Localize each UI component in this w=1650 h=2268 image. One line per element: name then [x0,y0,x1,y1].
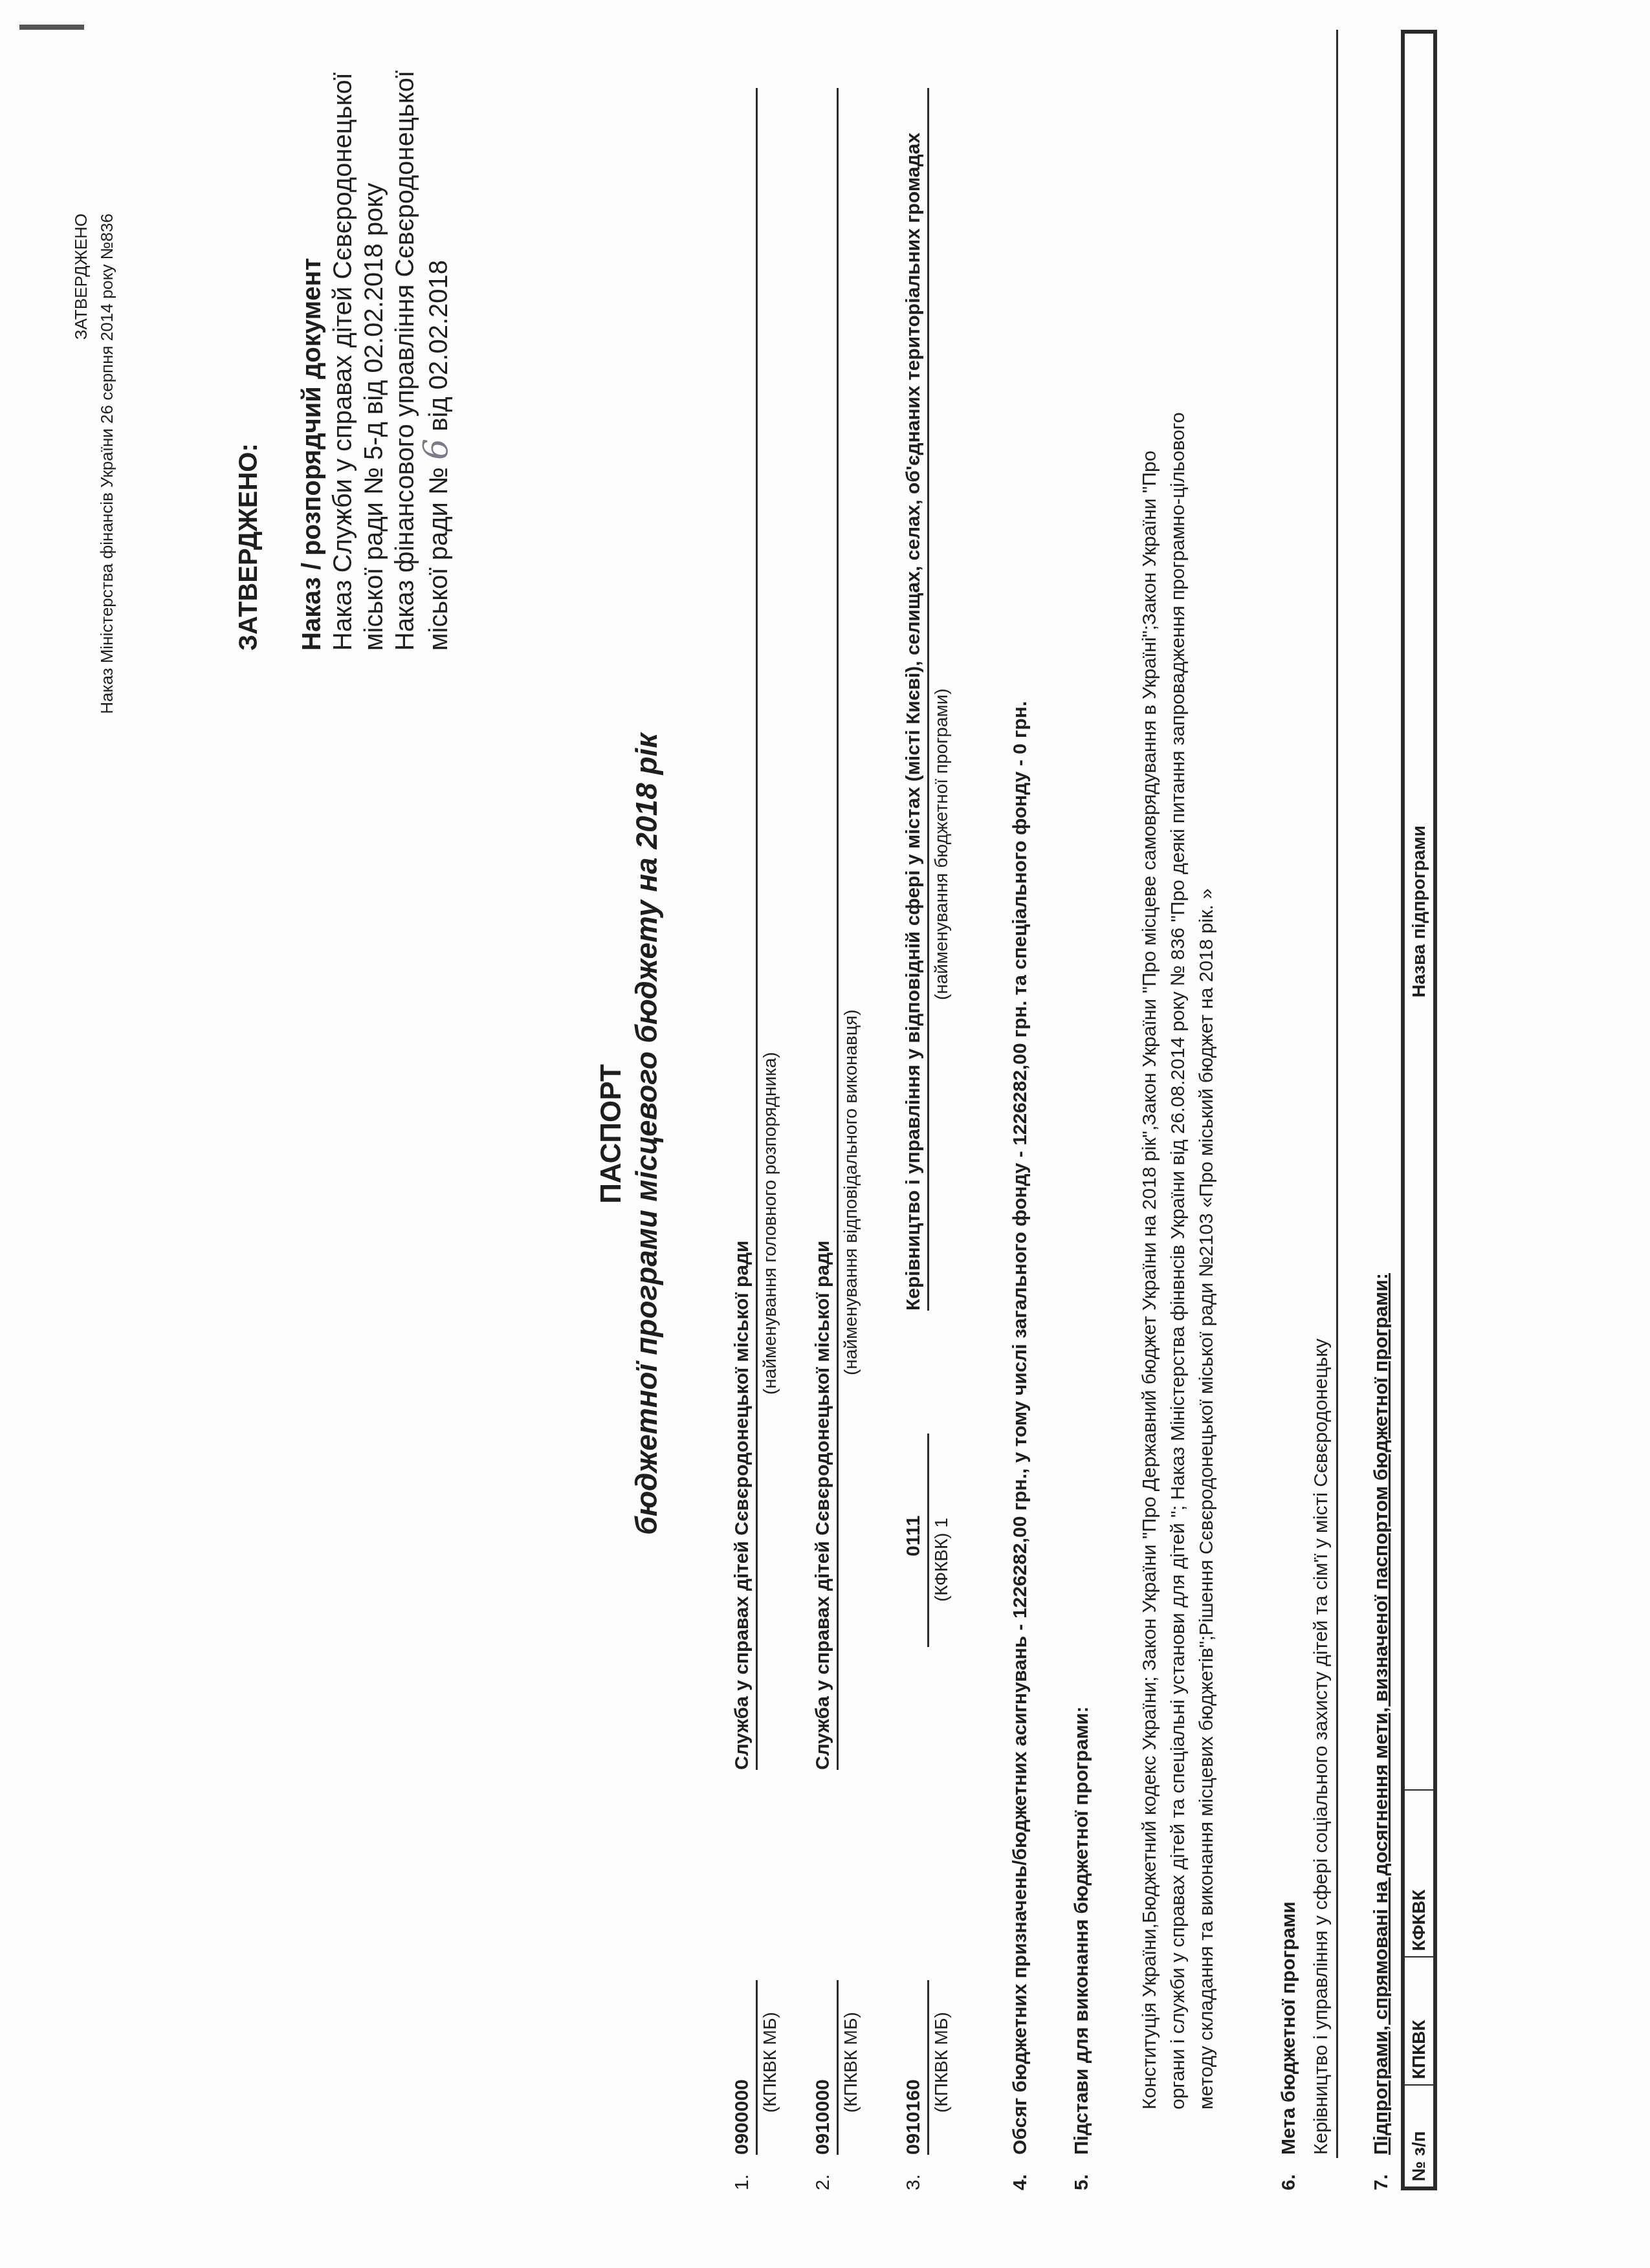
item-number: 1. [731,2174,753,2190]
kfkvk-code: 0111 [903,1516,925,1556]
budget-amount-text: Обсяг бюджетних призначень/бюджетних аси… [1009,701,1031,2155]
column-header: КПКВК [1403,1957,1435,2085]
scan-edge-mark [19,25,84,30]
approval-block: ЗАТВЕРДЖЕНО: Наказ / розпорядчий докумен… [233,71,454,651]
order-line: міської ради № 6 від 02.02.2018 [421,71,454,651]
program-name: Керівництво і управління у відповідній с… [903,133,925,1311]
kpkvk-code: 0900000 [731,2079,753,2155]
kfkvk-caption: (КФКВК) 1 [931,1518,952,1602]
main-manager-name: Служба у справах дітей Сєвєродонецької м… [731,1241,753,1770]
main-manager-caption: (найменування головного розпорядника) [760,1052,780,1395]
column-header: № з/п [1403,2085,1435,2188]
page-title: ПАСПОРТ [595,0,628,2268]
executor-name: Служба у справах дітей Сєвєродонецької м… [812,1241,834,1770]
handwritten-number: 6 [417,439,456,460]
subprograms-label: Підпрограми, спрямовані на досягнення ме… [1370,1273,1392,2155]
kpkvk-code: 0910000 [812,2079,834,2155]
item-number: 7. [1370,2174,1392,2190]
order-line: Наказ Служби у справах дітей Сєвєродонец… [327,71,358,651]
kpkvk-code: 0910160 [903,2079,925,2155]
order-label: Наказ / розпорядчий документ [296,71,327,651]
item-number: 4. [1009,2174,1031,2190]
column-header: Назва підпрограми [1403,32,1435,1790]
order-line: Наказ фінансового управління Сєвєродонец… [390,71,421,651]
program-goal-text: Керівництво і управління у сфері соціаль… [1310,1338,1332,2155]
subprograms-table: № з/п КПКВК КФКВК Назва підпрограми [1401,30,1437,2190]
program-goal-label: Мета бюджетної програми [1278,1901,1300,2155]
executor-caption: (найменування відповідального виконавця) [841,1010,861,1375]
kpkvk-caption: (КПКВК МБ) [841,2012,861,2113]
order-line: міської ради № 5-д від 02.02.2018 року [358,71,390,651]
program-caption: (найменування бюджетної програми) [931,688,952,1000]
kpkvk-caption: (КПКВК МБ) [760,2012,780,2113]
page-subtitle: бюджетної програми місцевого бюджету на … [629,0,664,2268]
column-header: КФКВК [1403,1790,1435,1957]
item-number: 6. [1278,2174,1300,2190]
legal-basis-label: Підстави для виконання бюджетної програм… [1071,1706,1093,2155]
approved-corner-label: ЗАТВЕРДЖЕНО [71,213,91,340]
ministry-order-note: Наказ Міністерства фінансів України 26 с… [97,213,117,714]
item-number: 2. [812,2174,834,2190]
legal-basis-text: Конституція України,Бюджетний кодекс Укр… [1136,395,1221,2110]
item-number: 5. [1071,2174,1093,2190]
kpkvk-caption: (КПКВК МБ) [931,2012,952,2113]
document-page: ЗАТВЕРДЖЕНО Наказ Міністерства фінансів … [0,0,1650,2268]
item-number: 3. [903,2174,925,2190]
approval-title: ЗАТВЕРДЖЕНО: [233,71,264,651]
